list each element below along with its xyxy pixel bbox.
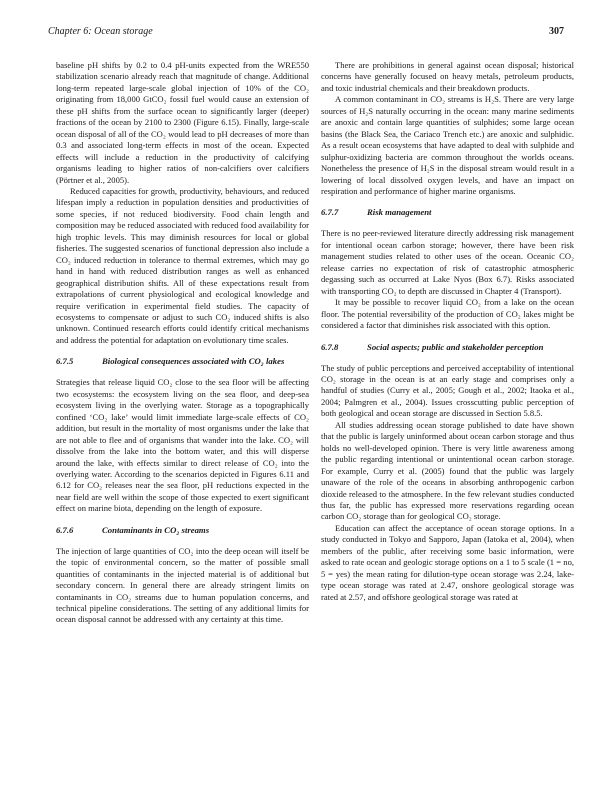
chapter-title: Chapter 6: Ocean storage (48, 26, 153, 37)
paragraph: There is no peer-reviewed literature dir… (321, 228, 574, 297)
paragraph: Strategies that release liquid CO₂ close… (56, 377, 309, 514)
section-title: Contaminants in CO₂ streams (102, 525, 209, 535)
right-column: There are prohibitions in general agains… (321, 60, 574, 603)
page-header: Chapter 6: Ocean storage 307 (48, 26, 564, 40)
section-heading-6-7-7: 6.7.7Risk management (321, 207, 574, 218)
section-title: Social aspects; public and stakeholder p… (367, 342, 543, 352)
left-column: baseline pH shifts by 0.2 to 0.4 pH-unit… (56, 60, 309, 626)
paragraph: All studies addressing ocean storage pub… (321, 420, 574, 523)
paragraph: Reduced capacities for growth, productiv… (56, 186, 309, 346)
section-heading-6-7-8: 6.7.8Social aspects; public and stakehol… (321, 342, 574, 353)
paragraph: Education can affect the acceptance of o… (321, 523, 574, 603)
section-number: 6.7.6 (56, 525, 102, 536)
section-number: 6.7.7 (321, 207, 367, 218)
paragraph: baseline pH shifts by 0.2 to 0.4 pH-unit… (56, 60, 309, 186)
page-number: 307 (549, 26, 564, 37)
section-number: 6.7.5 (56, 356, 102, 367)
paragraph: The study of public perceptions and perc… (321, 363, 574, 420)
paragraph: There are prohibitions in general agains… (321, 60, 574, 94)
section-title: Risk management (367, 207, 431, 217)
section-title: Biological consequences associated with … (102, 356, 284, 366)
paragraph: A common contaminant in CO₂ streams is H… (321, 94, 574, 197)
section-number: 6.7.8 (321, 342, 367, 353)
paragraph: The injection of large quantities of CO₂… (56, 546, 309, 626)
section-heading-6-7-6: 6.7.6Contaminants in CO₂ streams (56, 525, 309, 536)
section-heading-6-7-5: 6.7.5Biological consequences associated … (56, 356, 309, 367)
paragraph: It may be possible to recover liquid CO₂… (321, 297, 574, 331)
